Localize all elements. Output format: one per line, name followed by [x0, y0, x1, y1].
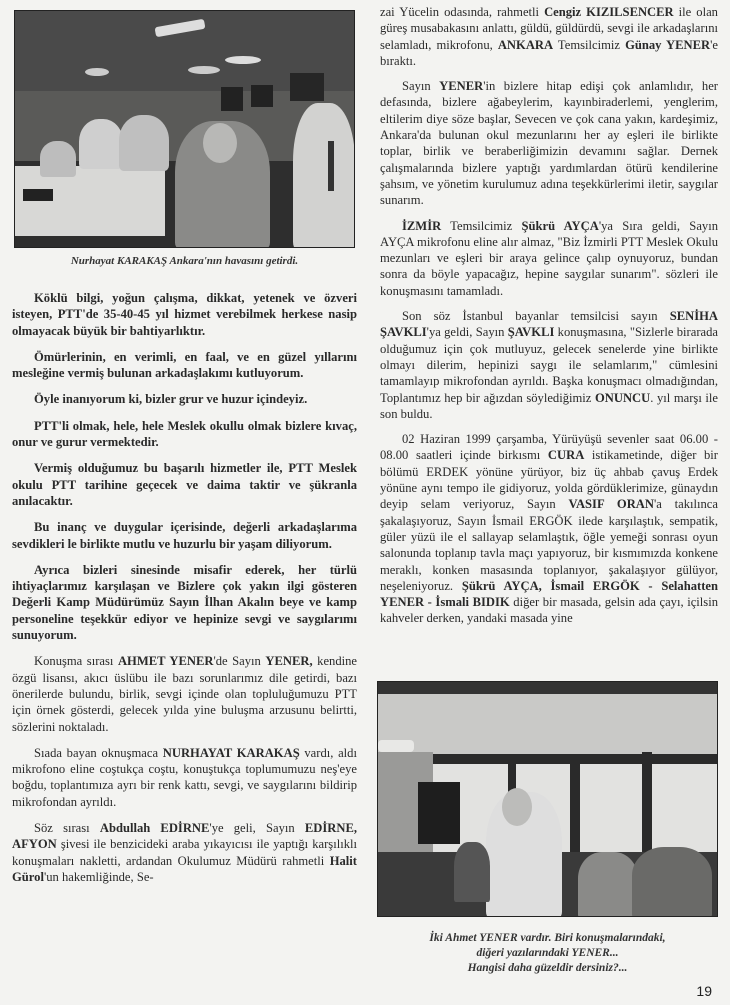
right-column-text: zai Yücelin odasında, rahmetli Cengiz KI…: [380, 4, 718, 636]
paragraph-02-haziran-1999: 02 Haziran 1999 çarşamba, Yürüyüşü seven…: [380, 431, 718, 627]
paragraph: Öyle inanıyorum ki, bizler grur ve huzur…: [12, 391, 357, 407]
paragraph-abdullah-edirne: Söz sırası Abdullah EDİRNE'ye geli, Sayı…: [12, 820, 357, 885]
camera-on-table: [23, 189, 53, 201]
paragraph-gunay-yener: Sayın YENER'in bizlere hitap edişi çok a…: [380, 78, 718, 208]
paragraph: Bu inanç ve duygular içerisinde, değerli…: [12, 519, 357, 552]
photo-nurhayat-karakas-singing: [14, 10, 355, 248]
paragraph-sukru-ayca: İZMİR Temsilcimiz Şükrü AYÇA'ya Sıra gel…: [380, 218, 718, 299]
paragraph: Vermiş olduğumuz bu başarılı hizmetler i…: [12, 460, 357, 509]
seated-man-striped: [632, 847, 712, 917]
necktie: [328, 141, 334, 191]
ceiling-light: [85, 68, 109, 76]
window-frame-top: [433, 754, 718, 764]
caption-line: İki Ahmet YENER vardır. Biri konuşmaları…: [377, 931, 718, 946]
paragraph-nurhayat-karakas: Sıada bayan oknuşmaca NURHAYAT KARAKAŞ v…: [12, 745, 357, 810]
wall-frame: [221, 87, 243, 111]
wall-frame: [290, 73, 324, 101]
seated-old-man: [578, 852, 638, 917]
speaker-box: [418, 782, 460, 844]
seated-woman: [454, 842, 490, 902]
paragraph: Köklü bilgi, yoğun çalışma, dikkat, yete…: [12, 290, 357, 339]
window-frame: [570, 760, 580, 865]
photo-ahmet-yener-speaking: [377, 681, 718, 917]
woman-face: [203, 123, 237, 163]
man-face: [502, 788, 532, 826]
seated-person: [79, 119, 123, 169]
photo-caption-2: İki Ahmet YENER vardır. Biri konuşmaları…: [377, 931, 718, 976]
paragraph: PTT'li olmak, hele, hele Meslek okullu o…: [12, 418, 357, 451]
man-with-tie: [293, 103, 355, 248]
seated-person: [119, 115, 169, 171]
paragraph-cengiz-kizilsencer: zai Yücelin odasında, rahmetli Cengiz KI…: [380, 4, 718, 69]
window-frame: [642, 752, 652, 862]
wall-frame: [251, 85, 273, 107]
paragraph-ahmet-yener: Konuşma sırası AHMET YENER'de Sayın YENE…: [12, 653, 357, 734]
paragraph-seniha-savkli: Son söz İstanbul bayanlar temsilcisi say…: [380, 308, 718, 422]
caption-line: diğeri yazılarındaki YENER...: [377, 946, 718, 961]
ceiling-beam: [378, 682, 718, 694]
ceiling-light: [188, 66, 220, 74]
paragraph: Ayrıca bizleri sinesinde misafir ederek,…: [12, 562, 357, 643]
photo-caption-1: Nurhayat KARAKAŞ Ankara'nın havasını get…: [14, 254, 355, 268]
wall-light: [378, 740, 414, 752]
seated-person: [40, 141, 76, 177]
paragraph: Ömürlerinin, en verimli, en faal, ve en …: [12, 349, 357, 382]
table-cloth: [15, 166, 165, 236]
page-number: 19: [696, 983, 712, 999]
left-column-text: Köklü bilgi, yoğun çalışma, dikkat, yete…: [12, 290, 357, 895]
ceiling-light: [225, 56, 261, 64]
caption-line: Hangisi daha güzeldir dersiniz?...: [377, 961, 718, 976]
